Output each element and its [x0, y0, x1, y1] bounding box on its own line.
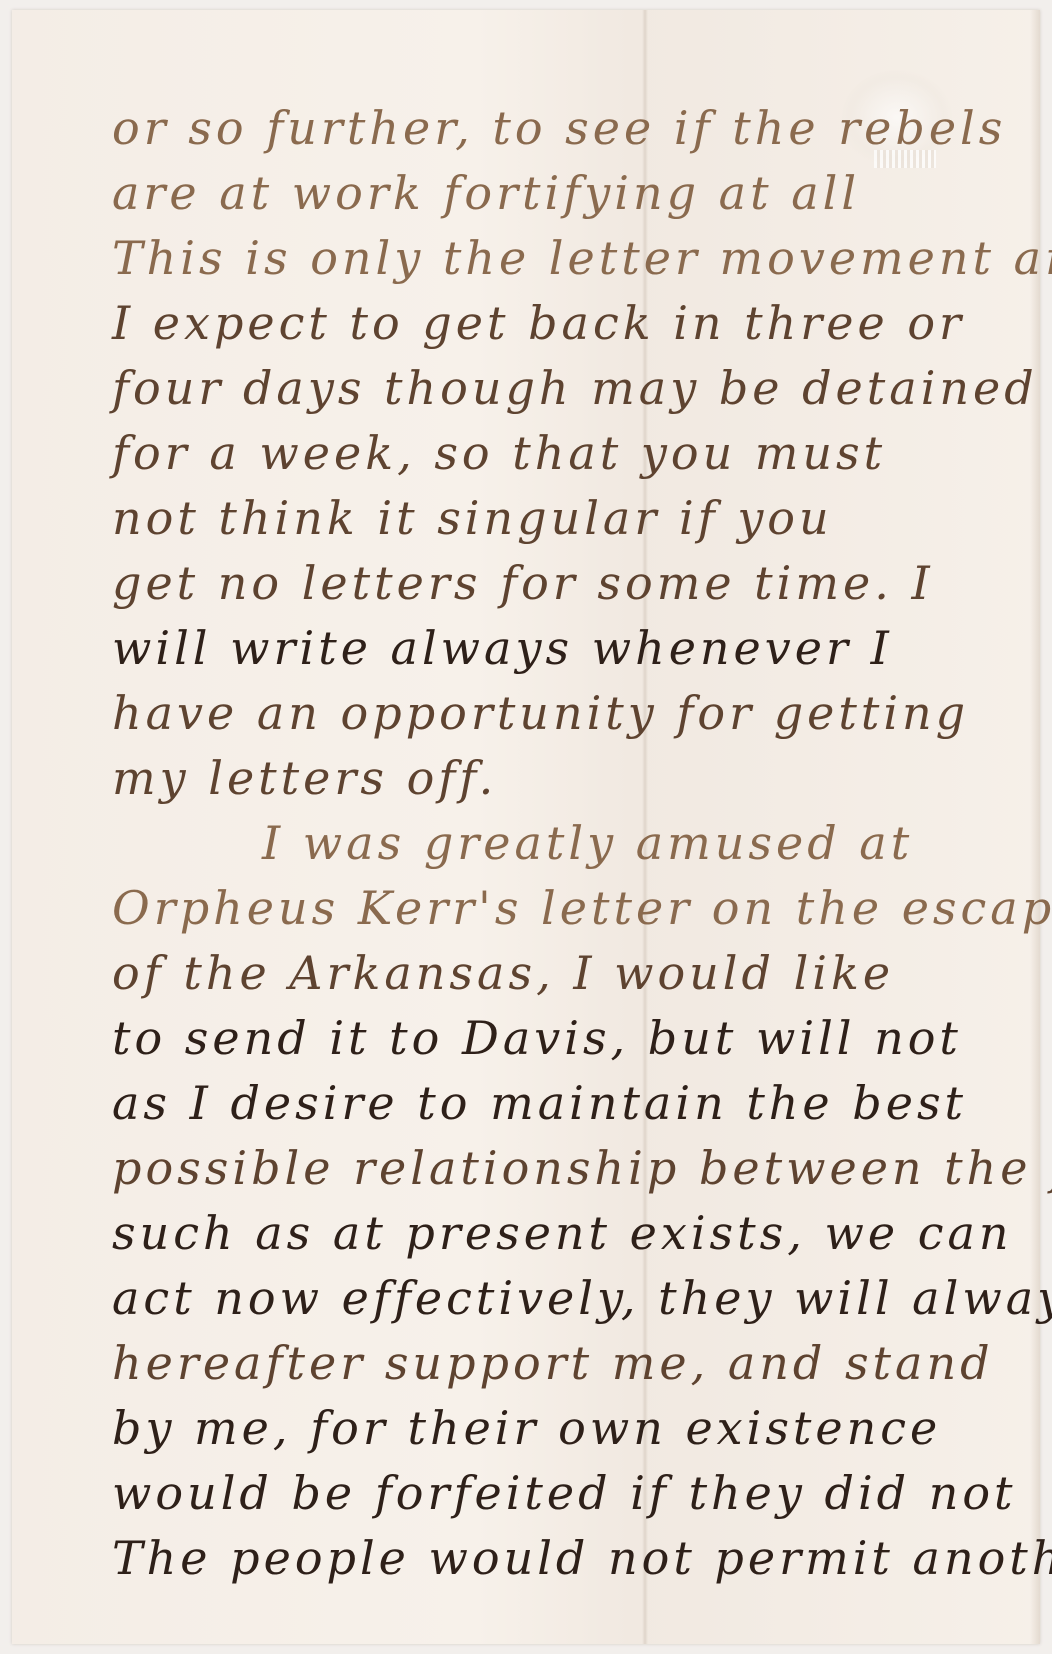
text-line: of the Arkansas, I would like: [112, 950, 1012, 996]
text-line: possible relationship between the fleets: [112, 1145, 1012, 1191]
text-line: have an opportunity for getting: [112, 690, 1012, 736]
paragraph-start-line: I was greatly amused at: [262, 820, 1052, 866]
text-line: by me, for their own existence: [112, 1405, 1012, 1451]
text-line: hereafter support me, and stand: [112, 1340, 1012, 1386]
text-line: The people would not permit another: [112, 1535, 1012, 1581]
text-line: four days though may be detained: [112, 365, 1012, 411]
letter-page: or so further, to see if the rebels are …: [12, 10, 1040, 1644]
text-line: would be forfeited if they did not: [112, 1470, 1012, 1516]
text-line: or so further, to see if the rebels: [112, 105, 1012, 151]
text-line: as I desire to maintain the best: [112, 1080, 1012, 1126]
text-line: Orpheus Kerr's letter on the escape: [112, 885, 1012, 931]
text-line: I expect to get back in three or: [112, 300, 1012, 346]
text-line: act now effectively, they will always: [112, 1275, 1012, 1321]
text-line: to send it to Davis, but will not: [112, 1015, 1012, 1061]
text-line: such as at present exists, we can: [112, 1210, 1012, 1256]
text-line: not think it singular if you: [112, 495, 1012, 541]
text-line: This is only the letter movement and: [112, 235, 1012, 281]
text-line: for a week, so that you must: [112, 430, 1012, 476]
text-line: my letters off.: [112, 755, 1012, 801]
text-line: are at work fortifying at all: [112, 170, 1012, 216]
text-line: get no letters for some time. I: [112, 560, 1012, 606]
text-line: will write always whenever I: [112, 625, 1012, 671]
